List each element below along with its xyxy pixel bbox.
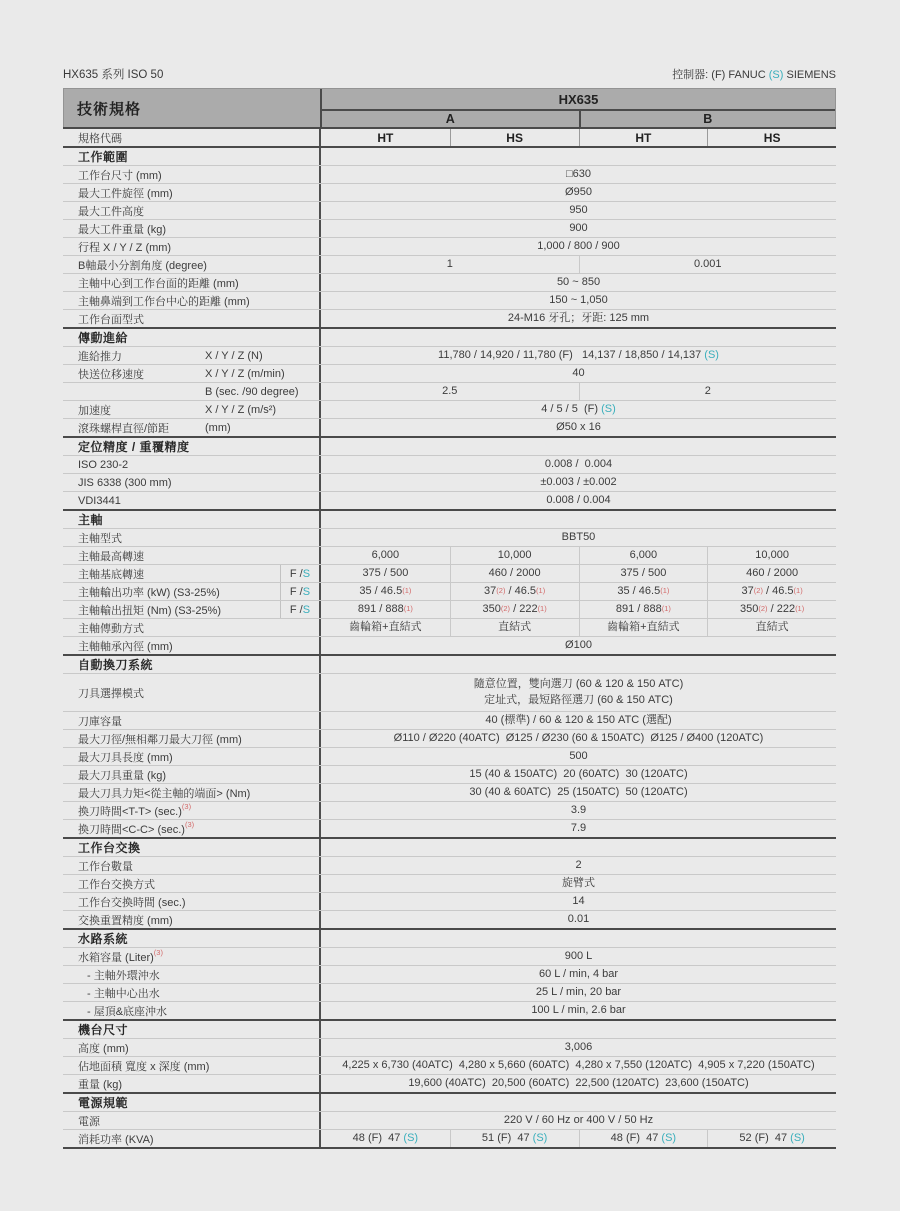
spec-row: 刀具選擇模式隨意位置，雙向選刀 (60 & 120 & 150 ATC) 定址式…	[63, 673, 836, 711]
spec-label-cell: 刀庫容量	[63, 712, 321, 729]
fanuc-siemens-label: F / S	[280, 565, 319, 582]
spec-label-cell: 高度 (mm)	[63, 1039, 321, 1056]
spec-label: 主軸軸承內徑 (mm)	[78, 638, 173, 654]
spec-label-cell: 工作台面型式	[63, 310, 321, 327]
spec-sublabel: (mm)	[205, 422, 231, 434]
spec-row: B軸最小分割角度 (degree)10.001	[63, 255, 836, 273]
spec-label: 最大刀具重量 (kg)	[78, 767, 166, 783]
spec-value-cell: 6,000	[321, 547, 450, 564]
spec-row: ISO 230-20.008 / 0.004	[63, 455, 836, 473]
section-title-cell: 工作台交換	[63, 839, 321, 856]
spec-value-cell: 4 / 5 / 5 (F) (S)	[321, 401, 836, 418]
spec-value-cell: Ø950	[321, 184, 836, 201]
spec-label-cell: B (sec. /90 degree)	[63, 383, 321, 400]
spec-label-cell: 最大刀徑/無相鄰刀最大刀徑 (mm)	[63, 730, 321, 747]
spec-value-cell: □630	[321, 166, 836, 183]
spec-label: 最大刀具力矩<從主軸的端面> (Nm)	[78, 785, 250, 801]
spec-value-area: 隨意位置，雙向選刀 (60 & 120 & 150 ATC) 定址式，最短路徑選…	[321, 674, 836, 711]
footnote-marker: (3)	[154, 948, 163, 957]
variant-a-header: A	[322, 111, 579, 127]
spec-label-cell: 最大工件高度	[63, 202, 321, 219]
value-fragment: S	[303, 604, 310, 616]
spec-value-cell: 1,000 / 800 / 900	[321, 238, 836, 255]
spec-value-cell: 375 / 500	[579, 565, 708, 582]
spec-value-cell: 10,000	[707, 547, 836, 564]
spec-value-cell: 6,000	[579, 547, 708, 564]
spec-label-cell: 滾珠螺桿直徑/節距(mm)	[63, 419, 321, 436]
spec-label-cell: 電源	[63, 1112, 321, 1129]
spec-label: 主軸基底轉速	[78, 566, 144, 582]
spec-label: 工作台交換時間 (sec.)	[78, 894, 186, 910]
spec-value-area: 900	[321, 220, 836, 237]
section-empty-values	[321, 1021, 836, 1038]
section-title-cell: 傳動進給	[63, 329, 321, 346]
section-title: 機台尺寸	[78, 1021, 128, 1038]
spec-label: 水箱容量 (Liter)(3)	[78, 949, 163, 965]
spec-label: 滾珠螺桿直徑/節距	[78, 420, 169, 436]
spec-label-cell: 行程 X / Y / Z (mm)	[63, 238, 321, 255]
spec-label: 行程 X / Y / Z (mm)	[78, 239, 171, 255]
spec-label-cell: 工作台數量	[63, 857, 321, 874]
spec-value-area: 齒輪箱+直結式直結式齒輪箱+直結式直結式	[321, 619, 836, 636]
section-title: 自動換刀系統	[78, 656, 153, 673]
value-fragment: S	[303, 586, 310, 598]
value-fragment: (S)	[661, 1131, 676, 1147]
spec-label-cell: 快送位移速度X / Y / Z (m/min)	[63, 365, 321, 382]
value-fragment: F /	[290, 604, 303, 616]
spec-label-cell: JIS 6338 (300 mm)	[63, 474, 321, 491]
spec-value-area: 375 / 500460 / 2000375 / 500460 / 2000	[321, 565, 836, 582]
variant-b-header: B	[579, 111, 836, 127]
section-title-cell: 機台尺寸	[63, 1021, 321, 1038]
spec-label: 工作台尺寸 (mm)	[78, 167, 162, 183]
spec-label: 主軸最高轉速	[78, 548, 144, 564]
spec-row: VDI34410.008 / 0.004	[63, 491, 836, 509]
spec-sublabel: X / Y / Z (m/s²)	[205, 404, 276, 416]
spec-row: 快送位移速度X / Y / Z (m/min)40	[63, 364, 836, 382]
spec-label-cell: - 主軸中心出水	[63, 984, 321, 1001]
spec-value-cell: 2	[579, 383, 837, 400]
spec-value-cell: 37(2) / 46.5(1)	[450, 583, 579, 600]
model-name-header: HX635	[322, 89, 835, 111]
spec-value-area: 220 V / 60 Hz or 400 V / 50 Hz	[321, 1112, 836, 1129]
spec-label: 主軸鼻端到工作台中心的距離 (mm)	[78, 293, 250, 309]
spec-row: - 屋頂&底座沖水100 L / min, 2.6 bar	[63, 1001, 836, 1019]
fanuc-siemens-label: F / S	[280, 583, 319, 600]
spec-label-cell: 主軸輸出功率 (kW) (S3-25%)F / S	[63, 583, 321, 600]
section-empty-values	[321, 930, 836, 947]
spec-row: 最大刀徑/無相鄰刀最大刀徑 (mm)Ø110 / Ø220 (40ATC) Ø1…	[63, 729, 836, 747]
spec-value-cell: Ø100	[321, 637, 836, 654]
spec-value-cell: 460 / 2000	[450, 565, 579, 582]
spec-label: 刀庫容量	[78, 713, 122, 729]
spec-value-area: 15 (40 & 150ATC) 20 (60ATC) 30 (120ATC)	[321, 766, 836, 783]
spec-value-cell: 2	[321, 857, 836, 874]
spec-sheet-page: HX635 系列 ISO 50 控制器: (F) FANUC (S) SIEME…	[0, 0, 900, 1149]
value-fragment: F /	[290, 568, 303, 580]
spec-label: ISO 230-2	[78, 459, 128, 471]
spec-label: 交換重置精度 (mm)	[78, 912, 173, 928]
footnote-marker: (3)	[185, 820, 194, 829]
spec-label-cell: 水箱容量 (Liter)(3)	[63, 948, 321, 965]
spec-row: 主軸最高轉速6,00010,0006,00010,000	[63, 546, 836, 564]
spec-label: 最大刀徑/無相鄰刀最大刀徑 (mm)	[78, 731, 242, 747]
controller-prefix: 控制器: (F) FANUC	[672, 69, 769, 81]
spec-value-cell: 旋臂式	[321, 875, 836, 892]
spec-label-cell: 換刀時間<C-C> (sec.)(3)	[63, 820, 321, 837]
section-header-row: 工作範圍	[63, 146, 836, 165]
column-header-a-hs: HS	[450, 129, 579, 146]
spec-value-cell: 2.5	[321, 383, 579, 400]
section-empty-values	[321, 839, 836, 856]
value-fragment: 11,780 / 14,920 / 11,780 (F) 14,137 / 18…	[438, 348, 704, 364]
spec-value-cell: 51 (F) 47 (S)	[450, 1130, 579, 1147]
spec-value-cell: 460 / 2000	[707, 565, 836, 582]
spec-value-cell: 60 L / min, 4 bar	[321, 966, 836, 983]
section-header-row: 傳動進給	[63, 327, 836, 346]
spec-row: 主軸傳動方式齒輪箱+直結式直結式齒輪箱+直結式直結式	[63, 618, 836, 636]
section-empty-values	[321, 148, 836, 165]
column-header-b-ht: HT	[579, 129, 708, 146]
spec-label-cell: 工作台交換時間 (sec.)	[63, 893, 321, 910]
spec-label-cell: 工作台尺寸 (mm)	[63, 166, 321, 183]
spec-value-area: □630	[321, 166, 836, 183]
value-fragment: 37	[484, 584, 496, 600]
spec-label: 最大刀具長度 (mm)	[78, 749, 173, 765]
spec-label: - 主軸外環沖水	[87, 967, 160, 983]
section-title: 定位精度 / 重覆精度	[78, 438, 190, 455]
value-fragment: 891 / 888	[616, 602, 662, 618]
spec-value-area: 0.008 / 0.004	[321, 456, 836, 473]
spec-value-area: 11,780 / 14,920 / 11,780 (F) 14,137 / 18…	[321, 347, 836, 364]
value-fragment: / 46.5	[763, 584, 794, 600]
spec-code-cells: HT HS HT HS	[321, 129, 836, 146]
spec-value-area: 19,600 (40ATC) 20,500 (60ATC) 22,500 (12…	[321, 1075, 836, 1092]
spec-value-cell: ±0.003 / ±0.002	[321, 474, 836, 491]
spec-row: 消耗功率 (KVA)48 (F) 47 (S)51 (F) 47 (S)48 (…	[63, 1129, 836, 1147]
spec-value-area: 1,000 / 800 / 900	[321, 238, 836, 255]
spec-value-cell: 齒輪箱+直結式	[579, 619, 708, 636]
spec-value-cell: 40	[321, 365, 836, 382]
spec-code-row: 規格代碼 HT HS HT HS	[63, 127, 836, 146]
value-fragment: F /	[290, 586, 303, 598]
table-header-band: 技術規格 HX635 A B	[63, 88, 836, 127]
spec-label: 快送位移速度	[78, 366, 144, 382]
spec-label: 電源	[78, 1113, 100, 1129]
spec-row: 主軸型式BBT50	[63, 528, 836, 546]
spec-row: 最大刀具力矩<從主軸的端面> (Nm)30 (40 & 60ATC) 25 (1…	[63, 783, 836, 801]
spec-value-cell: 19,600 (40ATC) 20,500 (60ATC) 22,500 (12…	[321, 1075, 836, 1092]
controller-suffix: SIEMENS	[783, 69, 836, 81]
spec-value-cell: Ø50 x 16	[321, 419, 836, 436]
spec-value-cell: 0.008 / 0.004	[321, 456, 836, 473]
spec-row: 最大刀具重量 (kg)15 (40 & 150ATC) 20 (60ATC) 3…	[63, 765, 836, 783]
section-header-row: 自動換刀系統	[63, 654, 836, 673]
spec-label-cell: VDI3441	[63, 492, 321, 509]
value-fragment: 48 (F) 47	[611, 1131, 662, 1147]
value-fragment: (S)	[790, 1131, 805, 1147]
section-header-row: 水路系統	[63, 928, 836, 947]
spec-label: JIS 6338 (300 mm)	[78, 477, 172, 489]
value-fragment: 350	[483, 602, 501, 618]
spec-value-area: 100 L / min, 2.6 bar	[321, 1002, 836, 1019]
spec-value-cell: 0.01	[321, 911, 836, 928]
series-title: HX635 系列 ISO 50	[63, 66, 163, 82]
section-header-row: 定位精度 / 重覆精度	[63, 436, 836, 455]
value-fragment: / 222	[768, 602, 796, 618]
value-fragment: 48 (F) 47	[353, 1131, 404, 1147]
spec-value-area: 10.001	[321, 256, 836, 273]
spec-label: 工作台數量	[78, 858, 133, 874]
spec-value-cell: 891 / 888(1)	[579, 601, 708, 618]
spec-row: 進給推力X / Y / Z (N)11,780 / 14,920 / 11,78…	[63, 346, 836, 364]
spec-value-cell: 52 (F) 47 (S)	[707, 1130, 836, 1147]
spec-row: 電源220 V / 60 Hz or 400 V / 50 Hz	[63, 1111, 836, 1129]
section-empty-values	[321, 329, 836, 346]
spec-label-cell: 最大刀具長度 (mm)	[63, 748, 321, 765]
spec-row: 重量 (kg)19,600 (40ATC) 20,500 (60ATC) 22,…	[63, 1074, 836, 1092]
value-fragment: (S)	[704, 348, 719, 364]
spec-value-area: Ø950	[321, 184, 836, 201]
spec-label: 刀具選擇模式	[78, 685, 144, 701]
spec-value-cell: 375 / 500	[321, 565, 450, 582]
spec-value-cell: 0.008 / 0.004	[321, 492, 836, 509]
spec-value-cell: 350(2) / 222(1)	[707, 601, 836, 618]
tech-spec-header: 技術規格	[64, 89, 322, 127]
section-empty-values	[321, 656, 836, 673]
spec-value-cell: 隨意位置，雙向選刀 (60 & 120 & 150 ATC) 定址式，最短路徑選…	[321, 674, 836, 711]
variant-header-row: A B	[322, 111, 835, 127]
spec-label-cell: 佔地面積 寬度 x 深度 (mm)	[63, 1057, 321, 1074]
value-fragment: 51 (F) 47	[482, 1131, 533, 1147]
spec-label: 最大工件重量 (kg)	[78, 221, 166, 237]
spec-value-area: 3,006	[321, 1039, 836, 1056]
spec-label: 主軸型式	[78, 530, 122, 546]
section-title-cell: 主軸	[63, 511, 321, 528]
value-fragment: 350	[740, 602, 758, 618]
section-header-row: 工作台交換	[63, 837, 836, 856]
spec-label-cell: 最大工件重量 (kg)	[63, 220, 321, 237]
spec-label: 高度 (mm)	[78, 1040, 129, 1056]
spec-sublabel: X / Y / Z (N)	[205, 350, 263, 362]
value-fragment: (S)	[403, 1131, 418, 1147]
value-fragment: 35 / 46.5	[359, 584, 402, 600]
value-fragment: 35 / 46.5	[617, 584, 660, 600]
column-header-a-ht: HT	[321, 129, 450, 146]
spec-row: 工作台尺寸 (mm)□630	[63, 165, 836, 183]
spec-value-area: 30 (40 & 60ATC) 25 (150ATC) 50 (120ATC)	[321, 784, 836, 801]
spec-label: 主軸輸出功率 (kW) (S3-25%)	[78, 584, 220, 600]
spec-label-cell: 主軸傳動方式	[63, 619, 321, 636]
section-empty-values	[321, 1094, 836, 1111]
spec-row: 加速度X / Y / Z (m/s²)4 / 5 / 5 (F) (S)	[63, 400, 836, 418]
spec-label-cell: 交換重置精度 (mm)	[63, 911, 321, 928]
spec-value-area: 14	[321, 893, 836, 910]
section-title: 工作範圍	[78, 148, 128, 165]
spec-value-cell: 900	[321, 220, 836, 237]
spec-value-area: 48 (F) 47 (S)51 (F) 47 (S)48 (F) 47 (S)5…	[321, 1130, 836, 1147]
value-fragment: 52 (F) 47	[739, 1131, 790, 1147]
spec-value-area: 3.9	[321, 802, 836, 819]
spec-label-cell: - 主軸外環沖水	[63, 966, 321, 983]
fanuc-siemens-label: F / S	[280, 601, 319, 618]
spec-label: 工作台交換方式	[78, 876, 155, 892]
spec-label: 加速度	[78, 402, 111, 418]
spec-label: - 主軸中心出水	[87, 985, 160, 1001]
spec-value-area: BBT50	[321, 529, 836, 546]
spec-value-cell: 100 L / min, 2.6 bar	[321, 1002, 836, 1019]
spec-row: 主軸基底轉速F / S375 / 500460 / 2000375 / 5004…	[63, 564, 836, 582]
spec-row: 工作台交換方式旋臂式	[63, 874, 836, 892]
spec-value-cell: BBT50	[321, 529, 836, 546]
section-title: 電源規範	[78, 1094, 128, 1111]
spec-row: 主軸鼻端到工作台中心的距離 (mm)150 ~ 1,050	[63, 291, 836, 309]
spec-label: 佔地面積 寬度 x 深度 (mm)	[78, 1058, 209, 1074]
spec-value-cell: 0.001	[579, 256, 837, 273]
spec-value-cell: 50 ~ 850	[321, 274, 836, 291]
spec-value-cell: 11,780 / 14,920 / 11,780 (F) 14,137 / 18…	[321, 347, 836, 364]
spec-sublabel: X / Y / Z (m/min)	[205, 368, 285, 380]
spec-label-cell: 進給推力X / Y / Z (N)	[63, 347, 321, 364]
section-title-cell: 電源規範	[63, 1094, 321, 1111]
spec-value-cell: 15 (40 & 150ATC) 20 (60ATC) 30 (120ATC)	[321, 766, 836, 783]
spec-value-cell: 35 / 46.5(1)	[579, 583, 708, 600]
value-fragment: / 46.5	[505, 584, 536, 600]
spec-label: 主軸輸出扭矩 (Nm) (S3-25%)	[78, 602, 221, 618]
spec-label: VDI3441	[78, 495, 121, 507]
spec-value-area: Ø100	[321, 637, 836, 654]
spec-value-cell: 3,006	[321, 1039, 836, 1056]
spec-label-cell: 主軸最高轉速	[63, 547, 321, 564]
spec-value-area: 150 ~ 1,050	[321, 292, 836, 309]
spec-code-label: 規格代碼	[63, 129, 321, 146]
spec-value-cell: 30 (40 & 60ATC) 25 (150ATC) 50 (120ATC)	[321, 784, 836, 801]
spec-row: 最大工件旋徑 (mm)Ø950	[63, 183, 836, 201]
value-fragment: 4 / 5 / 5 (F)	[541, 402, 601, 418]
controller-siemens-tag: (S)	[769, 69, 784, 81]
spec-value-area: 24-M16 牙孔；牙距: 125 mm	[321, 310, 836, 327]
spec-row: 行程 X / Y / Z (mm)1,000 / 800 / 900	[63, 237, 836, 255]
spec-row: 水箱容量 (Liter)(3)900 L	[63, 947, 836, 965]
spec-label-cell: 主軸軸承內徑 (mm)	[63, 637, 321, 654]
section-header-row: 電源規範	[63, 1092, 836, 1111]
spec-row: 主軸輸出功率 (kW) (S3-25%)F / S35 / 46.5(1)37(…	[63, 582, 836, 600]
spec-value-cell: 35 / 46.5(1)	[321, 583, 450, 600]
spec-row: - 主軸中心出水25 L / min, 20 bar	[63, 983, 836, 1001]
spec-value-cell: 40 (標準) / 60 & 120 & 150 ATC (選配)	[321, 712, 836, 729]
spec-row: JIS 6338 (300 mm)±0.003 / ±0.002	[63, 473, 836, 491]
spec-label: 重量 (kg)	[78, 1076, 122, 1092]
spec-row: - 主軸外環沖水60 L / min, 4 bar	[63, 965, 836, 983]
section-title-cell: 水路系統	[63, 930, 321, 947]
section-title: 主軸	[78, 511, 103, 528]
section-empty-values	[321, 438, 836, 455]
spec-label-cell: - 屋頂&底座沖水	[63, 1002, 321, 1019]
spec-label: 最大工件高度	[78, 203, 144, 219]
spec-row: 最大刀具長度 (mm)500	[63, 747, 836, 765]
spec-value-cell: 891 / 888(1)	[321, 601, 450, 618]
spec-value-area: Ø110 / Ø220 (40ATC) Ø125 / Ø230 (60 & 15…	[321, 730, 836, 747]
spec-value-area: 40	[321, 365, 836, 382]
spec-row: 換刀時間<T-T> (sec.)(3)3.9	[63, 801, 836, 819]
section-title-cell: 工作範圍	[63, 148, 321, 165]
spec-value-cell: 900 L	[321, 948, 836, 965]
spec-label: 工作台面型式	[78, 311, 144, 327]
spec-row: 工作台數量2	[63, 856, 836, 874]
spec-label-cell: 主軸鼻端到工作台中心的距離 (mm)	[63, 292, 321, 309]
controller-legend: 控制器: (F) FANUC (S) SIEMENS	[672, 66, 836, 82]
section-title-cell: 定位精度 / 重覆精度	[63, 438, 321, 455]
spec-value-cell: 10,000	[450, 547, 579, 564]
column-header-b-hs: HS	[707, 129, 836, 146]
spec-row: 最大工件高度950	[63, 201, 836, 219]
spec-value-cell: 48 (F) 47 (S)	[579, 1130, 708, 1147]
section-header-row: 主軸	[63, 509, 836, 528]
spec-label-cell: 消耗功率 (KVA)	[63, 1130, 321, 1147]
spec-value-cell: 500	[321, 748, 836, 765]
spec-value-area: 4 / 5 / 5 (F) (S)	[321, 401, 836, 418]
spec-value-cell: 950	[321, 202, 836, 219]
spec-value-area: 40 (標準) / 60 & 120 & 150 ATC (選配)	[321, 712, 836, 729]
spec-row: 高度 (mm)3,006	[63, 1038, 836, 1056]
spec-value-area: 60 L / min, 4 bar	[321, 966, 836, 983]
value-fragment: / 222	[510, 602, 538, 618]
spec-row: 佔地面積 寬度 x 深度 (mm)4,225 x 6,730 (40ATC) 4…	[63, 1056, 836, 1074]
spec-value-area: 旋臂式	[321, 875, 836, 892]
spec-row: 交換重置精度 (mm)0.01	[63, 910, 836, 928]
spec-label: 換刀時間<C-C> (sec.)(3)	[78, 821, 194, 837]
spec-value-cell: 25 L / min, 20 bar	[321, 984, 836, 1001]
spec-value-area: 25 L / min, 20 bar	[321, 984, 836, 1001]
footnote-marker: (3)	[182, 802, 191, 811]
spec-row: 主軸中心到工作台面的距離 (mm)50 ~ 850	[63, 273, 836, 291]
section-title: 水路系統	[78, 930, 128, 947]
value-fragment: S	[303, 568, 310, 580]
model-header-group: HX635 A B	[322, 89, 835, 127]
spec-value-cell: 24-M16 牙孔；牙距: 125 mm	[321, 310, 836, 327]
spec-label-cell: 工作台交換方式	[63, 875, 321, 892]
spec-row: 換刀時間<C-C> (sec.)(3)7.9	[63, 819, 836, 837]
spec-label: 主軸中心到工作台面的距離 (mm)	[78, 275, 239, 291]
spec-value-area: 4,225 x 6,730 (40ATC) 4,280 x 5,660 (60A…	[321, 1057, 836, 1074]
spec-value-area: 950	[321, 202, 836, 219]
spec-label: 換刀時間<T-T> (sec.)(3)	[78, 803, 191, 819]
spec-row: 主軸輸出扭矩 (Nm) (S3-25%)F / S891 / 888(1)350…	[63, 600, 836, 618]
spec-label-cell: 刀具選擇模式	[63, 674, 321, 711]
spec-value-area: 2	[321, 857, 836, 874]
spec-label-cell: 最大刀具重量 (kg)	[63, 766, 321, 783]
spec-label: B軸最小分割角度 (degree)	[78, 257, 207, 273]
spec-value-cell: 220 V / 60 Hz or 400 V / 50 Hz	[321, 1112, 836, 1129]
spec-value-cell: 48 (F) 47 (S)	[321, 1130, 450, 1147]
spec-label: - 屋頂&底座沖水	[87, 1003, 167, 1019]
section-header-row: 機台尺寸	[63, 1019, 836, 1038]
spec-value-cell: 3.9	[321, 802, 836, 819]
section-title: 工作台交換	[78, 839, 141, 856]
spec-value-area: 7.9	[321, 820, 836, 837]
section-empty-values	[321, 511, 836, 528]
spec-value-area: 500	[321, 748, 836, 765]
spec-table-body: 工作範圍工作台尺寸 (mm)□630最大工件旋徑 (mm)Ø950最大工件高度9…	[63, 146, 836, 1149]
spec-sublabel: B (sec. /90 degree)	[205, 386, 299, 398]
spec-label-cell: 最大刀具力矩<從主軸的端面> (Nm)	[63, 784, 321, 801]
spec-value-area: 900 L	[321, 948, 836, 965]
value-fragment: 891 / 888	[358, 602, 404, 618]
spec-value-area: 0.008 / 0.004	[321, 492, 836, 509]
spec-value-cell: 直結式	[707, 619, 836, 636]
spec-table: 技術規格 HX635 A B 規格代碼 HT HS HT HS 工作範圍工作台尺…	[63, 88, 836, 1149]
section-title-cell: 自動換刀系統	[63, 656, 321, 673]
